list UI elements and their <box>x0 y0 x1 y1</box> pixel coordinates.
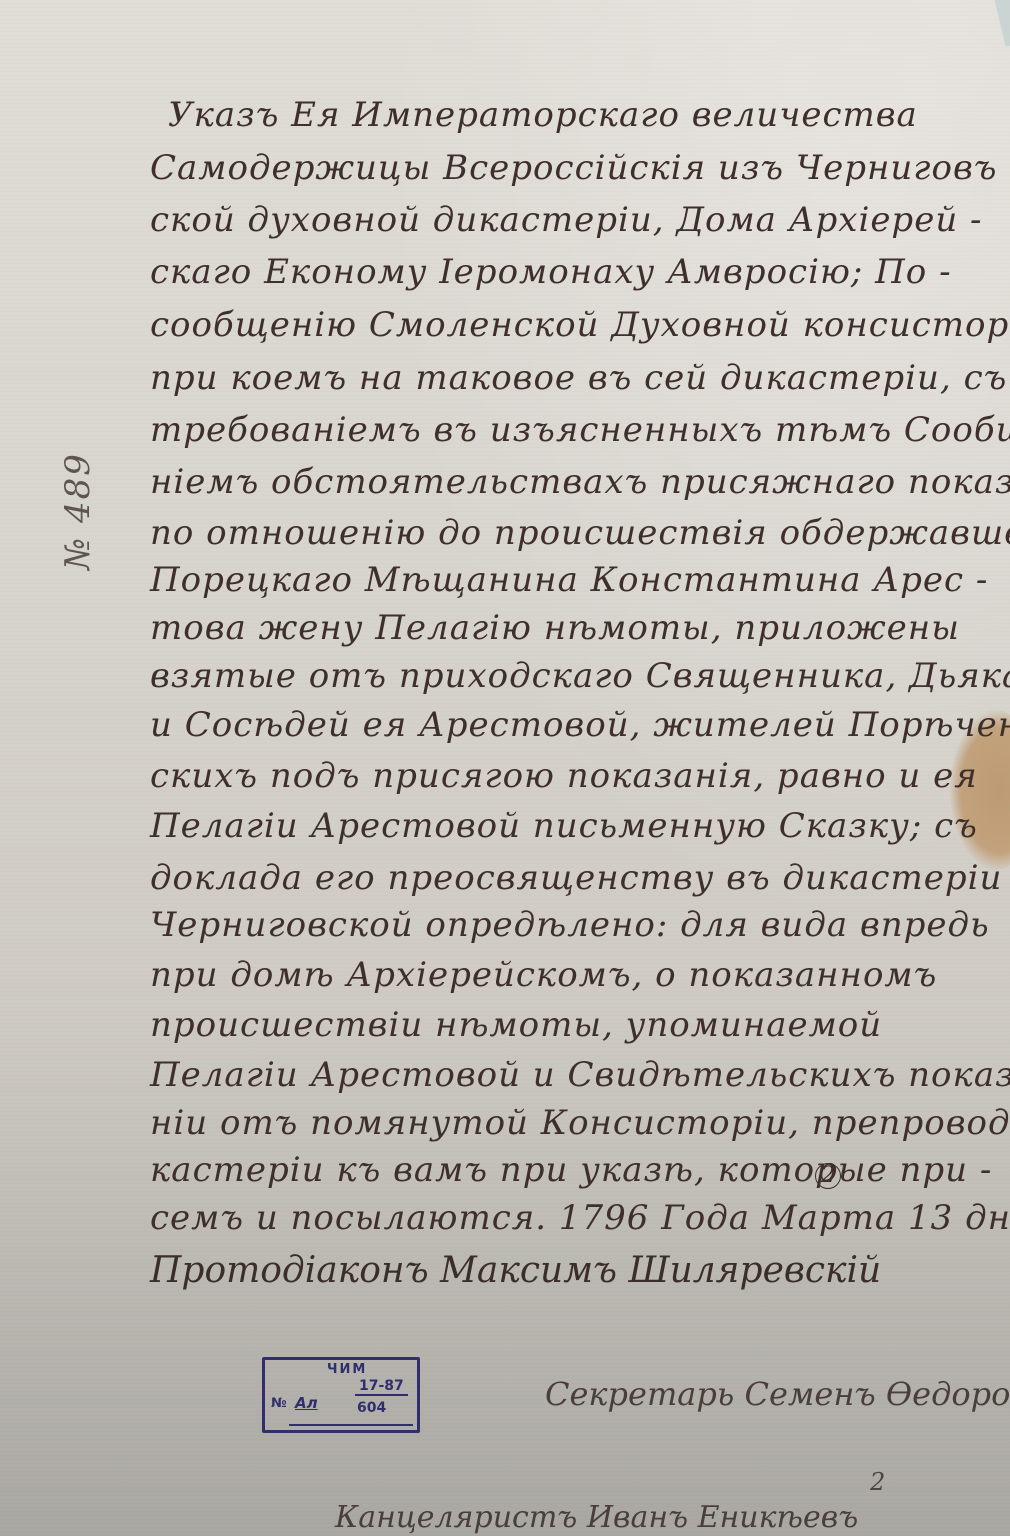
body-line-10: Порецкаго Мѣщанина Константина Арес - <box>150 560 988 600</box>
body-line-21: ніи отъ помянутой Консисторіи, препровод… <box>150 1103 1010 1143</box>
body-line-12: взятые отъ приходскаго Священника, Дьяка <box>150 656 1010 696</box>
body-line-18: при домѣ Архіерейскомъ, о показанномъ <box>150 955 937 995</box>
stamp-fund: Ал <box>295 1394 318 1412</box>
page-corner-background <box>988 0 1010 46</box>
body-line-19: происшествіи нѣмоты, упоминаемой <box>150 1005 882 1045</box>
folio-number: 2 <box>870 1468 885 1496</box>
body-line-3: ской духовной дикастеріи, Дома Архіерей … <box>150 200 983 240</box>
body-line-22: кастеріи къ вамъ при указѣ, которые при … <box>150 1150 992 1190</box>
body-line-11: това жену Пелагію нѣмоты, приложены <box>150 608 960 648</box>
body-line-2: Самодержицы Всероссійскія изъ Черниговъ … <box>150 148 1010 188</box>
body-line-13: и Сосѣдей ея Арестовой, жителей Порѣчен … <box>150 705 1010 745</box>
body-line-8: ніемъ обстоятельствахъ присяжнаго показа… <box>150 462 1010 502</box>
body-line-15: Пелагіи Арестовой письменную Сказку; съ <box>150 806 978 846</box>
body-line-23: семъ и посылаются. 1796 Года Марта 13 дн… <box>150 1198 1010 1238</box>
body-line-9: по отношенію до происшествія обдержавшей <box>150 513 1010 553</box>
circled-mark: 2 <box>815 1163 841 1189</box>
signature-protodeacon: Протодіаконъ Максимъ Шиляревскій <box>150 1250 881 1291</box>
body-line-5: сообщенію Смоленской Духовной консисторі… <box>150 305 1010 345</box>
body-line-1: Указъ Ея Императорскаго величества <box>168 95 918 135</box>
stamp-institution: ЧИМ <box>327 1362 367 1377</box>
body-line-16: доклада его преосвященству въ дикастеріи <box>150 858 1002 898</box>
body-line-14: скихъ подъ присягою показанія, равно и е… <box>150 756 978 796</box>
body-line-6: при коемъ на таковое въ сей дикастеріи, … <box>150 358 1010 398</box>
signature-clerk: Канцеляристъ Иванъ Еникѣевъ <box>335 1500 858 1535</box>
stamp-number-label: № <box>271 1396 287 1411</box>
body-line-4: скаго Економу Іеромонаху Амвросію; По - <box>150 252 952 292</box>
archive-stamp: ЧИМ № Ал 17-87 604 <box>262 1357 420 1433</box>
body-line-20: Пелагіи Арестовой и Свидѣтельскихъ показ… <box>150 1055 1010 1095</box>
stamp-number-top: 17-87 <box>355 1378 408 1396</box>
body-line-7: требованіемъ въ изъясненныхъ тѣмъ Сообще… <box>150 410 1010 450</box>
stamp-number-bottom: 604 <box>357 1400 386 1416</box>
signature-secretary: Секретарь Семенъ Ѳедоровъ <box>545 1375 1010 1413</box>
manuscript-page: № 489 Указъ Ея Императорскаго величества… <box>0 0 1010 1536</box>
stamp-underline <box>289 1424 413 1426</box>
body-line-17: Черниговской опредѣлено: для вида впредь <box>150 905 990 945</box>
margin-number-note: № 489 <box>58 390 98 570</box>
